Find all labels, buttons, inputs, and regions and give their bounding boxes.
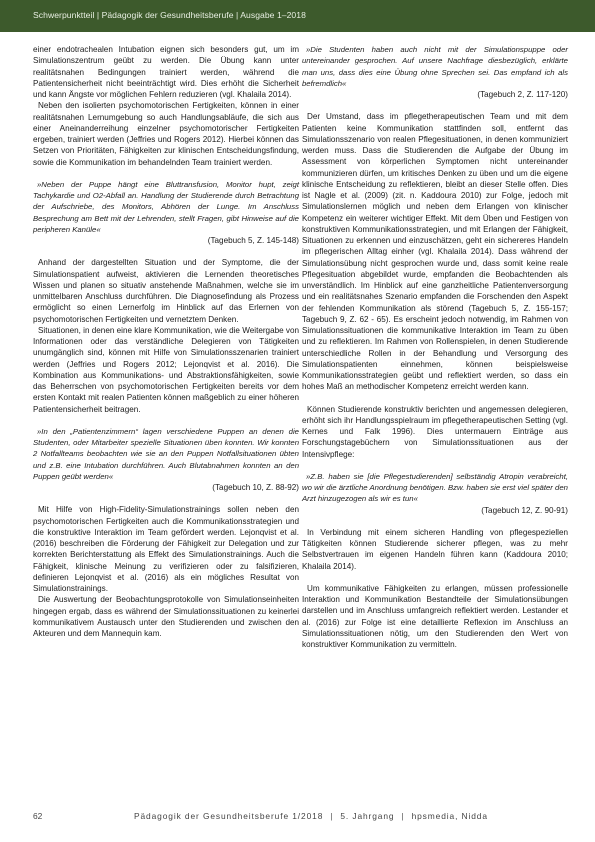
- journal-volume: 5. Jahrgang: [340, 811, 394, 821]
- running-header-title: Schwerpunktteil | Pädagogik der Gesundhe…: [33, 10, 306, 20]
- quote-source: (Tagebuch 2, Z. 117-120): [302, 89, 568, 100]
- paragraph: Um kommunikative Fähigkeiten zu erlangen…: [302, 583, 568, 651]
- footer-citation: Pädagogik der Gesundheitsberufe 1/2018|5…: [134, 811, 488, 821]
- paragraph: Neben den isolierten psychomotorischen F…: [33, 100, 299, 168]
- paragraph: Der Umstand, dass im pflegetherapeutisch…: [302, 111, 568, 392]
- footer-separator: |: [401, 811, 404, 821]
- running-header-bar: Schwerpunktteil | Pädagogik der Gesundhe…: [0, 0, 595, 32]
- page-footer: 62 Pädagogik der Gesundheitsberufe 1/201…: [0, 811, 595, 825]
- left-column: einer endotrachealen Intubation eignen s…: [33, 44, 299, 639]
- right-column: »Die Studenten haben auch nicht mit der …: [302, 44, 568, 650]
- paragraph: Mit Hilfe von High-Fidelity-Simulationst…: [33, 504, 299, 594]
- diary-quote: »Neben der Puppe hängt eine Bluttransfus…: [33, 179, 299, 235]
- journal-name: Pädagogik der Gesundheitsberufe 1/2018: [134, 811, 323, 821]
- diary-quote: »In den „Patientenzimmern“ lagen verschi…: [33, 426, 299, 482]
- paragraph: einer endotrachealen Intubation eignen s…: [33, 44, 299, 100]
- diary-quote: »Z.B. haben sie [die Pflegestudierenden]…: [302, 471, 568, 505]
- paragraph: Situationen, in denen eine klare Kommuni…: [33, 325, 299, 415]
- footer-separator: |: [330, 811, 333, 821]
- quote-source: (Tagebuch 10, Z. 88-92): [33, 482, 299, 493]
- paragraph: In Verbindung mit einem sicheren Handlin…: [302, 527, 568, 572]
- quote-source: (Tagebuch 12, Z. 90-91): [302, 505, 568, 516]
- paragraph: Die Auswertung der Beobachtungsprotokoll…: [33, 594, 299, 639]
- diary-quote: »Die Studenten haben auch nicht mit der …: [302, 44, 568, 89]
- paragraph: Können Studierende konstruktiv berichten…: [302, 404, 568, 460]
- page-number: 62: [33, 811, 42, 821]
- publisher: hpsmedia, Nidda: [412, 811, 488, 821]
- quote-source: (Tagebuch 5, Z. 145-148): [33, 235, 299, 246]
- paragraph: Anhand der dargestellten Situation und d…: [33, 257, 299, 325]
